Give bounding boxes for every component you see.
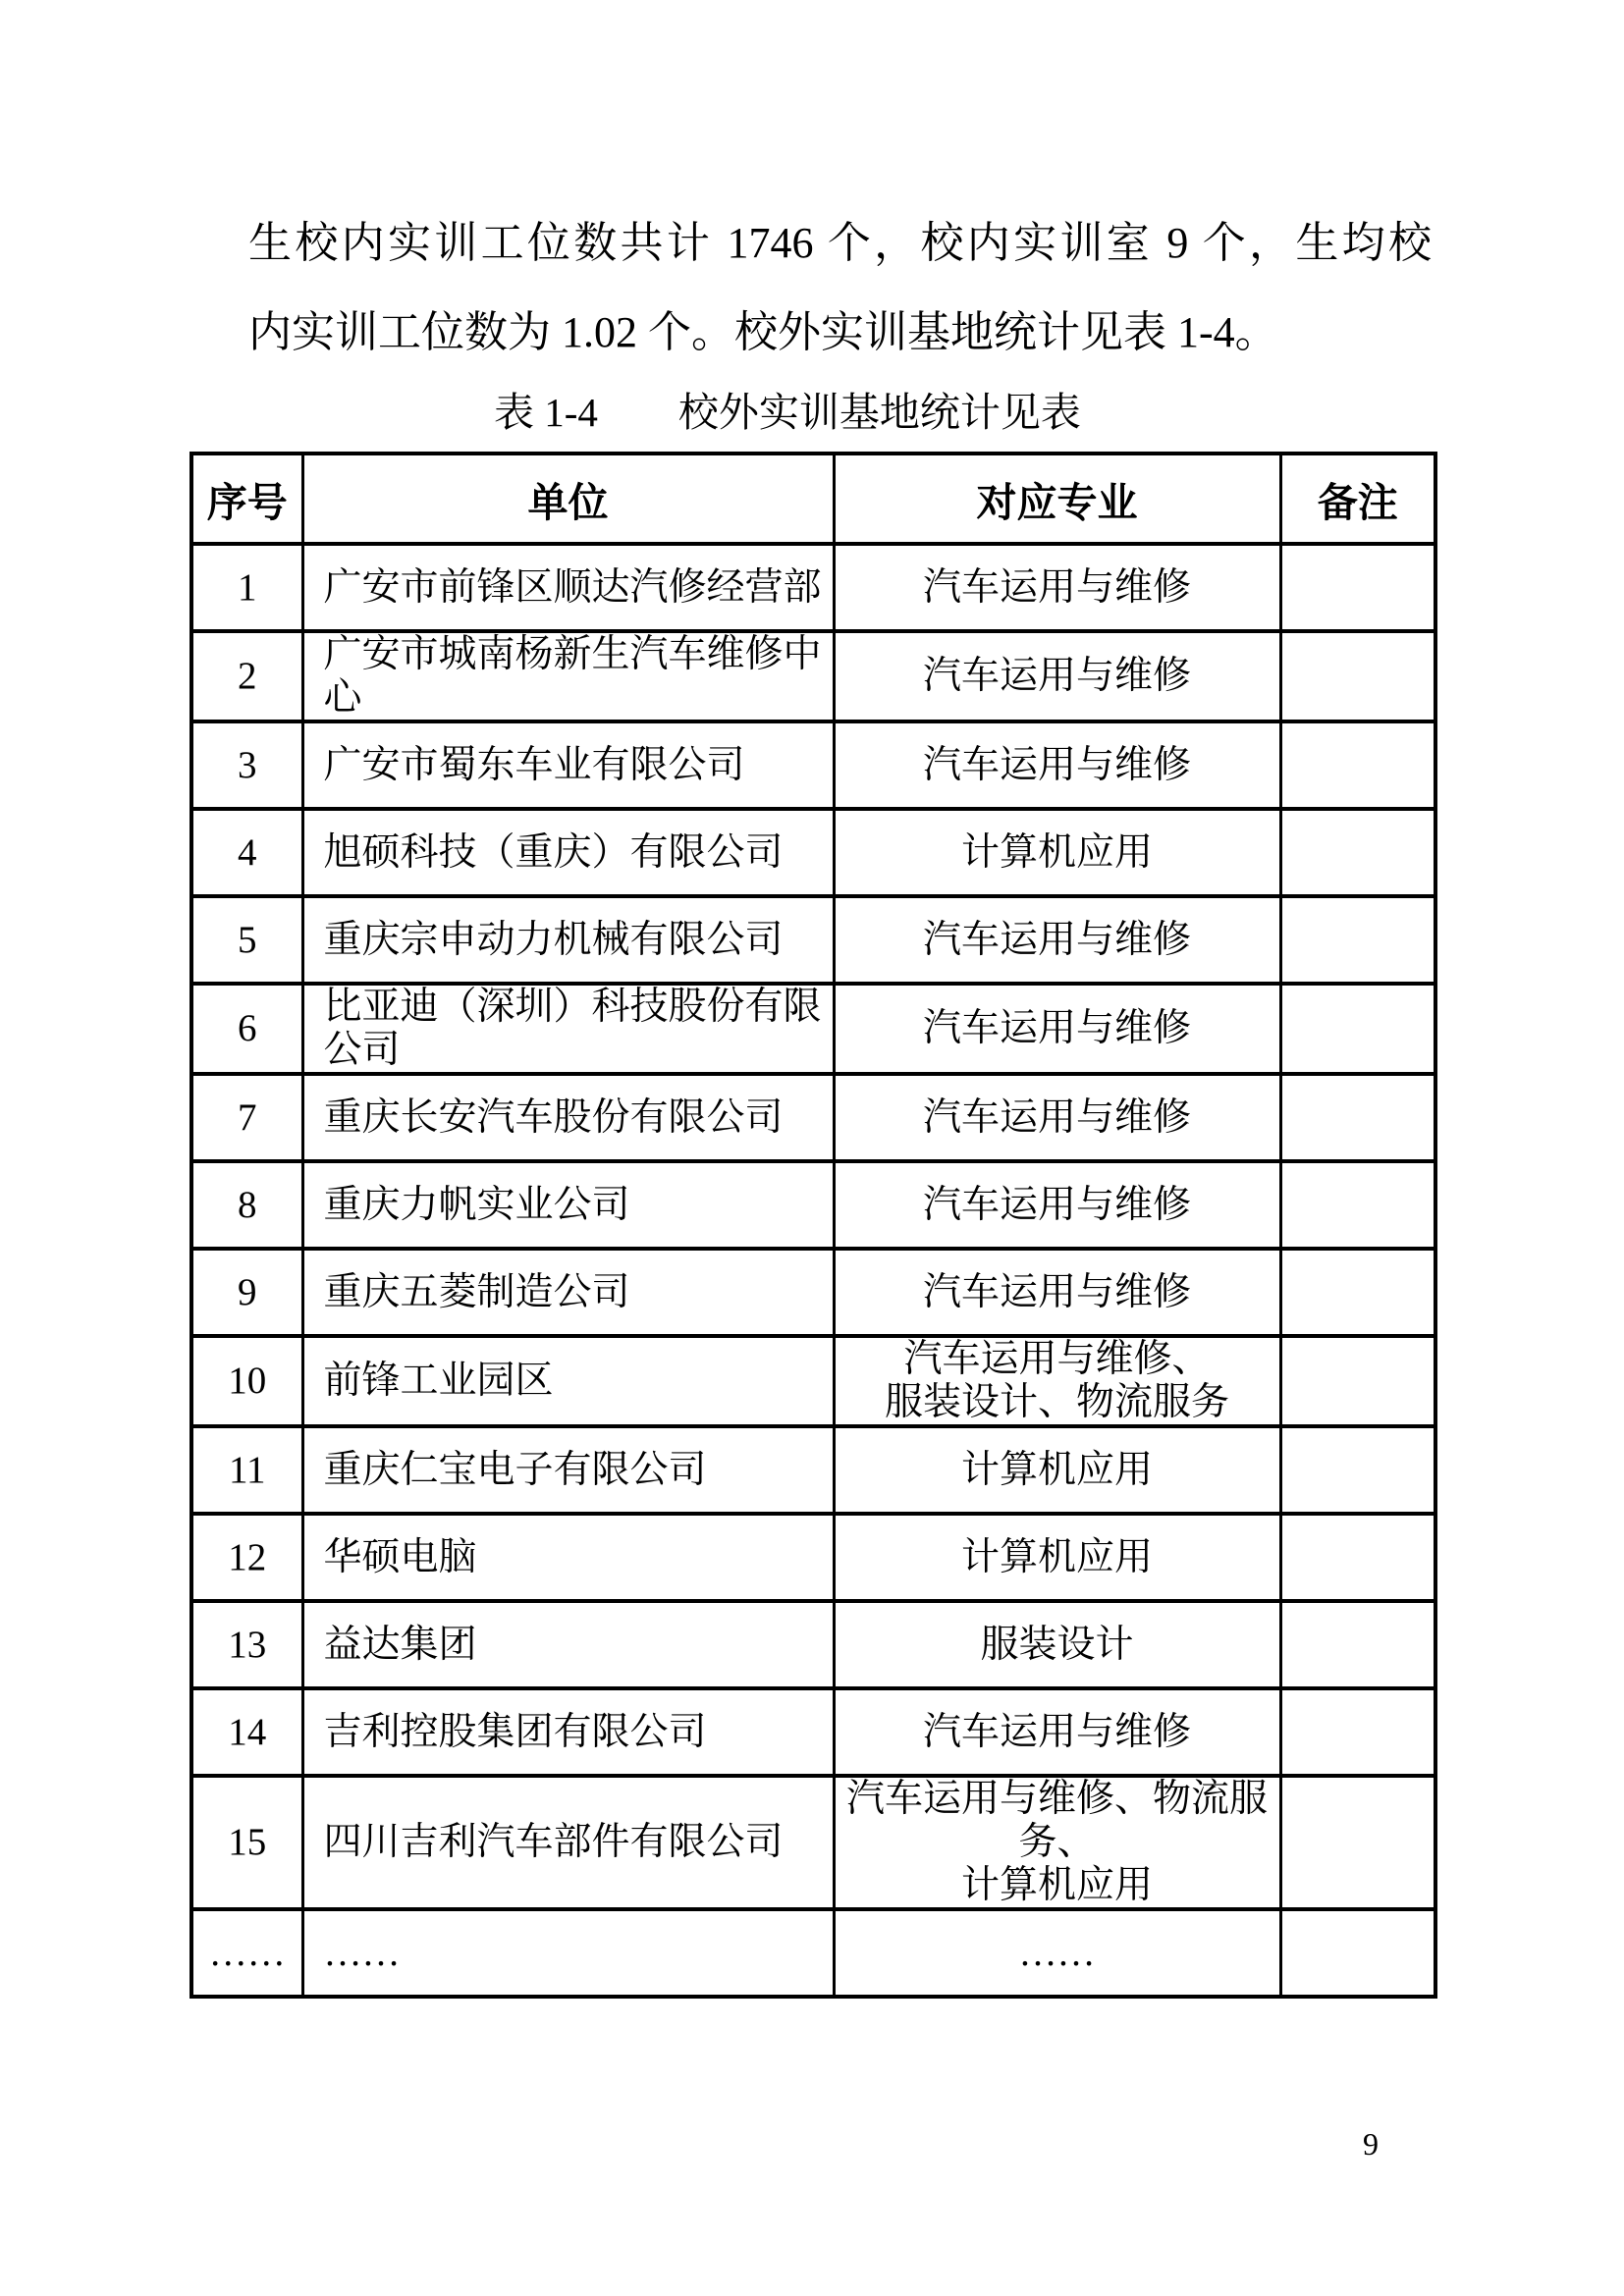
cell-index: 9 bbox=[191, 1249, 302, 1336]
cell-note bbox=[1280, 1514, 1435, 1601]
table-row: 8 重庆力帆实业公司 汽车运用与维修 bbox=[191, 1161, 1435, 1249]
table-caption: 表 1-4 校外实训基地统计见表 bbox=[494, 391, 1081, 434]
body-paragraph: 生校内实训工位数共计 1746 个，校内实训室 9 个，生均校 内实训工位数为 … bbox=[248, 198, 1432, 377]
table-row: 6 比亚迪（深圳）科技股份有限公司 汽车运用与维修 bbox=[191, 984, 1435, 1074]
cell-unit: 重庆力帆实业公司 bbox=[302, 1161, 834, 1249]
cell-major: 汽车运用与维修、物流服务、 计算机应用 bbox=[834, 1776, 1280, 1909]
cell-index: 1 bbox=[191, 544, 302, 631]
cell-major: 计算机应用 bbox=[834, 1426, 1280, 1514]
cell-unit: 广安市城南杨新生汽车维修中心 bbox=[302, 631, 834, 721]
cell-unit: 旭硕科技（重庆）有限公司 bbox=[302, 809, 834, 896]
cell-note bbox=[1280, 1249, 1435, 1336]
table-body: 1 广安市前锋区顺达汽修经营部 汽车运用与维修 2 广安市城南杨新生汽车维修中心… bbox=[191, 544, 1435, 1997]
cell-index: 12 bbox=[191, 1514, 302, 1601]
cell-index: 4 bbox=[191, 809, 302, 896]
cell-unit: 重庆长安汽车股份有限公司 bbox=[302, 1074, 834, 1161]
cell-index: 8 bbox=[191, 1161, 302, 1249]
column-header-index: 序号 bbox=[191, 454, 302, 544]
table-row: …… …… …… bbox=[191, 1909, 1435, 1997]
cell-major: 计算机应用 bbox=[834, 809, 1280, 896]
cell-note bbox=[1280, 1161, 1435, 1249]
cell-index: 6 bbox=[191, 984, 302, 1074]
cell-index: 11 bbox=[191, 1426, 302, 1514]
cell-unit: 吉利控股集团有限公司 bbox=[302, 1688, 834, 1776]
table-row: 1 广安市前锋区顺达汽修经营部 汽车运用与维修 bbox=[191, 544, 1435, 631]
cell-index: …… bbox=[191, 1909, 302, 1997]
paragraph-line-2: 内实训工位数为 1.02 个。校外实训基地统计见表 1-4。 bbox=[248, 288, 1432, 377]
table-header-row: 序号 单位 对应专业 备注 bbox=[191, 454, 1435, 544]
table-row: 10 前锋工业园区 汽车运用与维修、 服装设计、物流服务 bbox=[191, 1336, 1435, 1426]
cell-unit: 重庆仁宝电子有限公司 bbox=[302, 1426, 834, 1514]
cell-major: 汽车运用与维修 bbox=[834, 984, 1280, 1074]
cell-major: 服装设计 bbox=[834, 1601, 1280, 1688]
cell-index: 15 bbox=[191, 1776, 302, 1909]
cell-major: 汽车运用与维修 bbox=[834, 1688, 1280, 1776]
external-training-base-table: 序号 单位 对应专业 备注 1 广安市前锋区顺达汽修经营部 汽车运用与维修 2 … bbox=[189, 452, 1437, 1999]
cell-unit: 四川吉利汽车部件有限公司 bbox=[302, 1776, 834, 1909]
cell-index: 7 bbox=[191, 1074, 302, 1161]
cell-note bbox=[1280, 809, 1435, 896]
cell-unit: …… bbox=[302, 1909, 834, 1997]
table-row: 9 重庆五菱制造公司 汽车运用与维修 bbox=[191, 1249, 1435, 1336]
cell-unit: 广安市蜀东车业有限公司 bbox=[302, 721, 834, 809]
cell-note bbox=[1280, 1336, 1435, 1426]
table-row: 7 重庆长安汽车股份有限公司 汽车运用与维修 bbox=[191, 1074, 1435, 1161]
cell-note bbox=[1280, 1688, 1435, 1776]
table-row: 4 旭硕科技（重庆）有限公司 计算机应用 bbox=[191, 809, 1435, 896]
cell-note bbox=[1280, 984, 1435, 1074]
paragraph-line-1: 生校内实训工位数共计 1746 个，校内实训室 9 个，生均校 bbox=[248, 198, 1432, 288]
column-header-unit: 单位 bbox=[302, 454, 834, 544]
cell-unit: 益达集团 bbox=[302, 1601, 834, 1688]
cell-index: 5 bbox=[191, 896, 302, 984]
cell-major: 汽车运用与维修 bbox=[834, 1161, 1280, 1249]
page-number: 9 bbox=[1363, 2126, 1379, 2162]
cell-note bbox=[1280, 544, 1435, 631]
cell-note bbox=[1280, 1909, 1435, 1997]
cell-unit: 华硕电脑 bbox=[302, 1514, 834, 1601]
column-header-major: 对应专业 bbox=[834, 454, 1280, 544]
cell-unit: 广安市前锋区顺达汽修经营部 bbox=[302, 544, 834, 631]
cell-major: 汽车运用与维修 bbox=[834, 896, 1280, 984]
cell-note bbox=[1280, 721, 1435, 809]
document-page: 生校内实训工位数共计 1746 个，校内实训室 9 个，生均校 内实训工位数为 … bbox=[0, 0, 1624, 2296]
table-row: 12 华硕电脑 计算机应用 bbox=[191, 1514, 1435, 1601]
table-row: 11 重庆仁宝电子有限公司 计算机应用 bbox=[191, 1426, 1435, 1514]
cell-major: 计算机应用 bbox=[834, 1514, 1280, 1601]
cell-major: 汽车运用与维修 bbox=[834, 544, 1280, 631]
cell-note bbox=[1280, 1776, 1435, 1909]
table-row: 5 重庆宗申动力机械有限公司 汽车运用与维修 bbox=[191, 896, 1435, 984]
table-row: 2 广安市城南杨新生汽车维修中心 汽车运用与维修 bbox=[191, 631, 1435, 721]
cell-major: 汽车运用与维修 bbox=[834, 1249, 1280, 1336]
cell-note bbox=[1280, 631, 1435, 721]
table-row: 14 吉利控股集团有限公司 汽车运用与维修 bbox=[191, 1688, 1435, 1776]
cell-index: 3 bbox=[191, 721, 302, 809]
cell-note bbox=[1280, 1426, 1435, 1514]
cell-unit: 重庆宗申动力机械有限公司 bbox=[302, 896, 834, 984]
cell-major: 汽车运用与维修 bbox=[834, 721, 1280, 809]
cell-unit: 前锋工业园区 bbox=[302, 1336, 834, 1426]
cell-index: 10 bbox=[191, 1336, 302, 1426]
cell-index: 13 bbox=[191, 1601, 302, 1688]
cell-major: 汽车运用与维修、 服装设计、物流服务 bbox=[834, 1336, 1280, 1426]
cell-major: …… bbox=[834, 1909, 1280, 1997]
table-row: 3 广安市蜀东车业有限公司 汽车运用与维修 bbox=[191, 721, 1435, 809]
cell-unit: 重庆五菱制造公司 bbox=[302, 1249, 834, 1336]
cell-note bbox=[1280, 1601, 1435, 1688]
cell-major: 汽车运用与维修 bbox=[834, 631, 1280, 721]
cell-note bbox=[1280, 896, 1435, 984]
cell-index: 14 bbox=[191, 1688, 302, 1776]
cell-unit: 比亚迪（深圳）科技股份有限公司 bbox=[302, 984, 834, 1074]
cell-index: 2 bbox=[191, 631, 302, 721]
table-row: 15 四川吉利汽车部件有限公司 汽车运用与维修、物流服务、 计算机应用 bbox=[191, 1776, 1435, 1909]
cell-major: 汽车运用与维修 bbox=[834, 1074, 1280, 1161]
column-header-note: 备注 bbox=[1280, 454, 1435, 544]
table-row: 13 益达集团 服装设计 bbox=[191, 1601, 1435, 1688]
cell-note bbox=[1280, 1074, 1435, 1161]
